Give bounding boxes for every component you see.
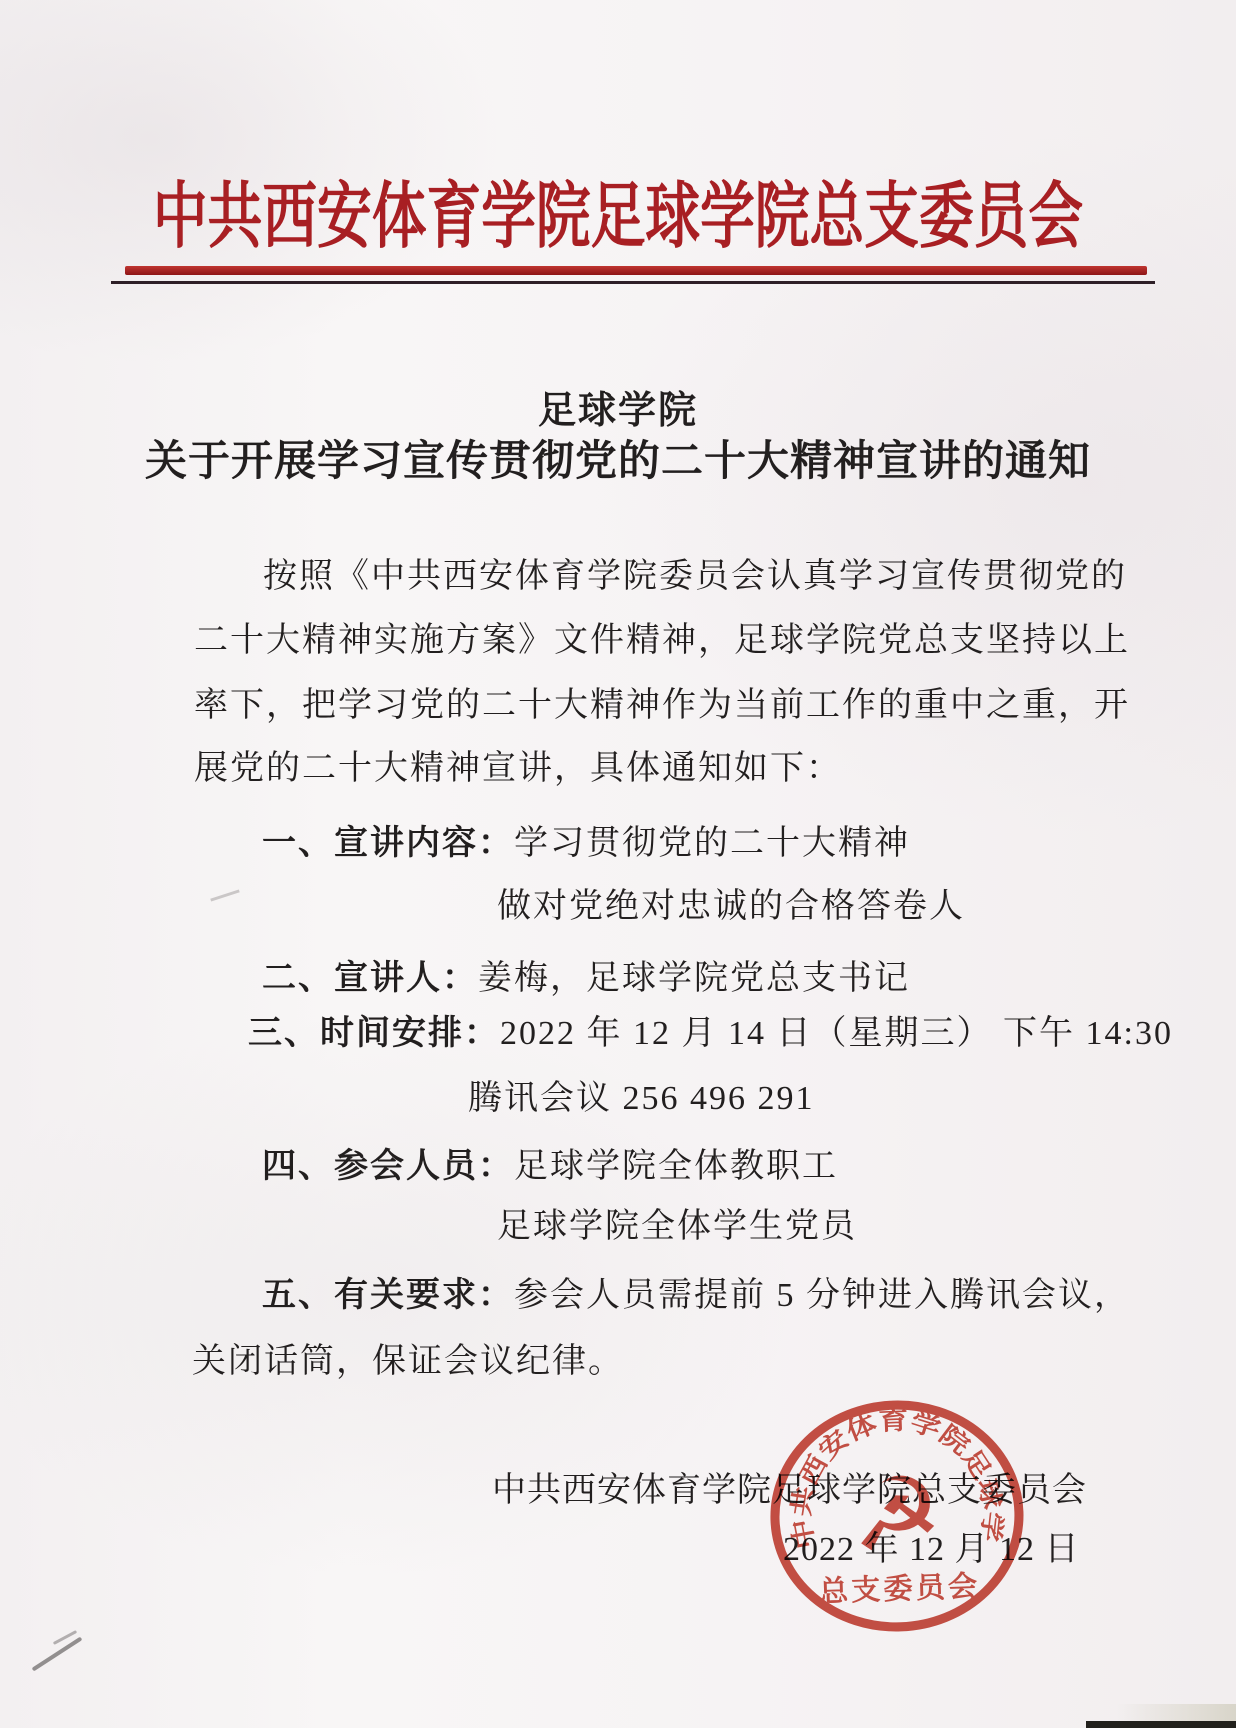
item-text: 足球学院全体学生党员 [497, 1208, 857, 1245]
scan-artifact-corner-strip [1086, 1721, 1236, 1728]
item-label: 三、时间安排： [248, 1015, 500, 1052]
paragraph-line: 率下，把学习党的二十大精神作为当前工作的重中之重，开 [194, 677, 1130, 726]
notice-item-5-cont: 关闭话筒，保证会议纪律。 [192, 1333, 624, 1382]
notice-item-2: 二、宣讲人：姜梅，足球学院党总支书记 [262, 950, 910, 999]
item-label: 五、有关要求： [262, 1277, 514, 1314]
item-text: 足球学院全体教职工 [514, 1148, 838, 1185]
official-seal: 中共西安体育学院足球学院 ☭ 总支委员会 [761, 1391, 1033, 1642]
notice-item-5: 五、有关要求：参会人员需提前 5 分钟进入腾讯会议， [262, 1267, 1130, 1316]
item-label: 二、宣讲人： [262, 960, 478, 997]
notice-item-1-cont: 做对党绝对忠诚的合格答卷人 [497, 878, 965, 927]
scan-smudge [210, 889, 239, 901]
letterhead-title-text: 中共西安体育学院足球学院总支委员会 [153, 158, 1083, 262]
notice-item-4: 四、参会人员：足球学院全体教职工 [262, 1138, 838, 1187]
paragraph-line: 展党的二十大精神宣讲，具体通知如下： [194, 740, 842, 789]
item-text: 关闭话筒，保证会议纪律。 [192, 1343, 624, 1380]
notice-item-4-cont: 足球学院全体学生党员 [497, 1198, 857, 1247]
scanned-notice-document: 中共西安体育学院足球学院总支委员会 足球学院 关于开展学习宣传贯彻党的二十大精神… [0, 0, 1236, 1728]
letterhead-rule-dark [111, 281, 1155, 284]
paragraph-line: 按照《中共西安体育学院委员会认真学习宣传贯彻党的 [263, 548, 1127, 597]
item-label: 一、宣讲内容： [262, 825, 514, 862]
notice-item-3-cont: 腾讯会议 256 496 291 [468, 1070, 815, 1119]
hammer-sickle-icon: ☭ [850, 1454, 944, 1575]
item-text: 姜梅，足球学院党总支书记 [478, 960, 910, 997]
item-text: 腾讯会议 256 496 291 [468, 1080, 815, 1117]
document-title: 关于开展学习宣传贯彻党的二十大精神宣讲的通知 [0, 428, 1236, 488]
item-text: 参会人员需提前 5 分钟进入腾讯会议， [514, 1277, 1130, 1314]
notice-item-3: 三、时间安排：2022 年 12 月 14 日（星期三） 下午 14:30 [248, 1005, 1173, 1054]
scan-artifact-corner-tint [1116, 1704, 1236, 1722]
item-label: 四、参会人员： [262, 1148, 514, 1185]
notice-item-1: 一、宣讲内容：学习贯彻党的二十大精神 [262, 815, 910, 864]
item-text: 学习贯彻党的二十大精神 [514, 825, 910, 862]
seal-bottom-text: 总支委员会 [818, 1570, 980, 1609]
item-text: 2022 年 12 月 14 日（星期三） 下午 14:30 [500, 1015, 1173, 1052]
paragraph-line: 二十大精神实施方案》文件精神，足球学院党总支坚持以上 [194, 612, 1130, 661]
document-org-line: 足球学院 [0, 379, 1236, 434]
letterhead-title: 中共西安体育学院足球学院总支委员会 [0, 158, 1236, 262]
letterhead-rule-red [125, 266, 1147, 275]
item-text: 做对党绝对忠诚的合格答卷人 [497, 888, 965, 925]
